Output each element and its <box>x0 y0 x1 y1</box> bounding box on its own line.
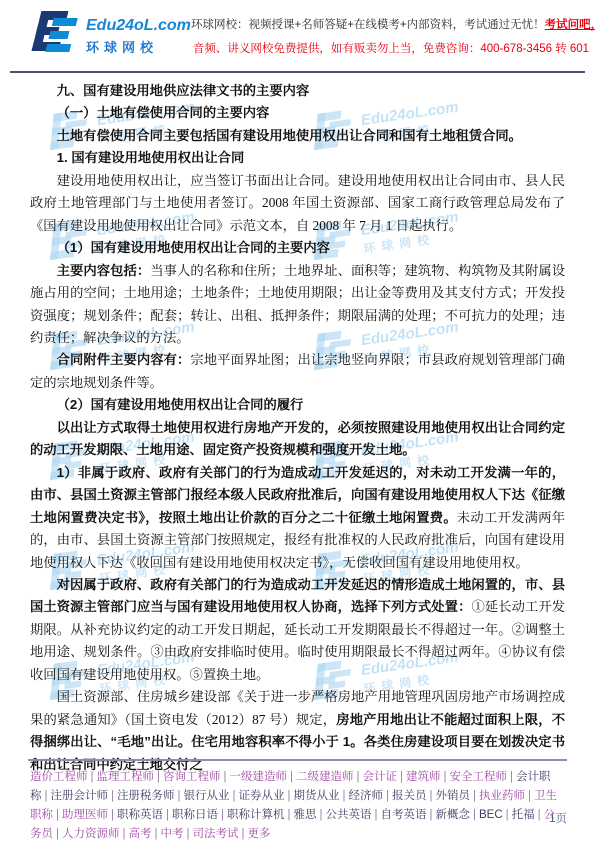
link-separator: | <box>187 828 190 840</box>
paragraph: 1. 国有建设用地使用权出让合同 <box>30 147 565 169</box>
footer-link[interactable]: 托福 <box>512 809 535 821</box>
link-separator: | <box>430 809 433 821</box>
link-separator: | <box>91 771 94 783</box>
link-separator: | <box>224 771 227 783</box>
logo-brand: Edu24oL.com <box>86 17 191 35</box>
footer-link[interactable]: 监理工程师 <box>97 771 155 783</box>
logo-brand-cn: 环球网校 <box>86 37 191 56</box>
footer-link[interactable]: 雅思 <box>294 809 317 821</box>
footer-link[interactable]: 人力资源师 <box>62 828 120 840</box>
paragraph: （1）国有建设用地使用权出让合同的主要内容 <box>30 237 565 259</box>
bold-text-run: 合同附件主要内容有： <box>57 352 191 367</box>
header-divider <box>10 71 585 73</box>
paragraph: 以出让方式取得土地使用权进行房地产开发的，必须按照建设用地使用权出让合同约定的动… <box>30 417 565 462</box>
paragraph: （一）土地有偿使用合同的主要内容 <box>30 102 565 124</box>
footer-link[interactable]: 建筑师 <box>406 771 441 783</box>
link-separator: | <box>343 790 346 802</box>
footer-link[interactable]: 期货从业 <box>294 790 340 802</box>
document-body: 九、国有建设用地供应法律文书的主要内容（一）土地有偿使用合同的主要内容土地有偿使… <box>30 80 565 776</box>
footer-link[interactable]: 一级建造师 <box>230 771 288 783</box>
link-separator: | <box>56 828 59 840</box>
link-separator: | <box>538 809 541 821</box>
link-separator: | <box>528 790 531 802</box>
footer-link[interactable]: 自考英语 <box>381 809 427 821</box>
link-separator: | <box>510 771 513 783</box>
footer-link[interactable]: 注册税务师 <box>117 790 175 802</box>
link-separator: | <box>155 828 158 840</box>
footer-link[interactable]: 中考 <box>161 828 184 840</box>
link-separator: | <box>375 809 378 821</box>
footer-link[interactable]: 执业药师 <box>479 790 525 802</box>
link-separator: | <box>56 809 59 821</box>
footer-link[interactable]: 证券从业 <box>239 790 285 802</box>
slogan-text: 环球网校：视频授课+名师答疑+在线模考+内部资料，考试通过无忧！ <box>191 19 545 31</box>
footer-link[interactable]: 公共英语 <box>326 809 372 821</box>
paragraph: 土地有偿使用合同主要包括国有建设用地使用权出让合同和国有土地租赁合同。 <box>30 125 565 147</box>
link-separator: | <box>288 790 291 802</box>
header-slogan: 环球网校：视频授课+名师答疑+在线模考+内部资料，考试通过无忧！考试问吧，有问必… <box>191 16 591 56</box>
footer-divider <box>28 759 567 761</box>
footer-link[interactable]: 新概念 <box>436 809 471 821</box>
footer-link[interactable]: BEC <box>479 809 503 821</box>
bold-text-run: （2）国有建设用地使用权出让合同的履行 <box>57 397 304 412</box>
link-separator: | <box>357 771 360 783</box>
bold-text-run: 主要内容包括： <box>57 263 151 278</box>
footer-link[interactable]: 咨询工程师 <box>163 771 221 783</box>
link-separator: | <box>233 790 236 802</box>
footer-link[interactable]: 报关员 <box>392 790 427 802</box>
footer-links: 造价工程师|监理工程师|咨询工程师|一级建造师|二级建造师|会计证|建筑师|安全… <box>30 768 565 842</box>
link-separator: | <box>111 809 114 821</box>
paragraph: 主要内容包括：当事人的名称和住所；土地界址、面积等；建筑物、构筑物及其附属设施占… <box>30 260 565 350</box>
footer-link[interactable]: 职称英语 <box>117 809 163 821</box>
link-separator: | <box>473 809 476 821</box>
bold-text-run: 土地有偿使用合同主要包括国有建设用地使用权出让合同和国有土地租赁合同。 <box>57 128 522 143</box>
link-separator: | <box>123 828 126 840</box>
page-number: 1页 <box>549 810 567 826</box>
header: Edu24oL.com 环球网校 环球网校：视频授课+名师答疑+在线模考+内部资… <box>28 6 585 68</box>
footer-link[interactable]: 更多 <box>248 828 271 840</box>
header-slogan-line1: 环球网校：视频授课+名师答疑+在线模考+内部资料，考试通过无忧！考试问吧，有问必… <box>191 16 591 32</box>
footer-link[interactable]: 司法考试 <box>193 828 239 840</box>
link-separator: | <box>473 790 476 802</box>
link-separator: | <box>178 790 181 802</box>
link-separator: | <box>111 790 114 802</box>
link-separator: | <box>45 790 48 802</box>
footer-link[interactable]: 注册会计师 <box>51 790 109 802</box>
paragraph: 对因属于政府、政府有关部门的行为造成动工开发延迟的情形造成土地闲置的，市、县国土… <box>30 574 565 686</box>
text-run: 建设用地使用权出让，应当签订书面出让合同。建设用地使用权出让合同由市、县人民政府… <box>30 173 565 233</box>
paragraph: 建设用地使用权出让，应当签订书面出让合同。建设用地使用权出让合同由市、县人民政府… <box>30 170 565 237</box>
link-separator: | <box>166 809 169 821</box>
edu24ol-logo: Edu24oL.com 环球网校 <box>28 9 188 65</box>
footer-link[interactable]: 外销员 <box>436 790 471 802</box>
link-separator: | <box>386 790 389 802</box>
link-separator: | <box>430 790 433 802</box>
link-separator: | <box>320 809 323 821</box>
footer-link[interactable]: 安全工程师 <box>450 771 508 783</box>
footer-link[interactable]: 职称日语 <box>172 809 218 821</box>
link-separator: | <box>444 771 447 783</box>
footer-link[interactable]: 二级建造师 <box>296 771 354 783</box>
paragraph: 合同附件主要内容有：宗地平面界址图；出让宗地竖向界限；市县政府规划管理部门确定的… <box>30 349 565 394</box>
link-separator: | <box>290 771 293 783</box>
footer-link[interactable]: 职称计算机 <box>227 809 285 821</box>
edu24ol-logo-icon <box>28 48 84 65</box>
link-separator: | <box>242 828 245 840</box>
bold-text-run: 1. 国有建设用地使用权出让合同 <box>57 150 245 165</box>
link-separator: | <box>157 771 160 783</box>
footer-link[interactable]: 造价工程师 <box>30 771 88 783</box>
paragraph: 国土资源部、住房城乡建设部《关于进一步严格房地产用地管理巩固房地产市场调控成果的… <box>30 686 565 776</box>
logo-text: Edu24oL.com 环球网校 <box>86 17 191 56</box>
footer-link[interactable]: 高考 <box>129 828 152 840</box>
paragraph: （2）国有建设用地使用权出让合同的履行 <box>30 394 565 416</box>
link-separator: | <box>221 809 224 821</box>
footer-link[interactable]: 会计证 <box>363 771 398 783</box>
bold-text-run: 以出让方式取得土地使用权进行房地产开发的，必须按照建设用地使用权出让合同约定的动… <box>30 420 565 457</box>
bold-text-run: 九、国有建设用地供应法律文书的主要内容 <box>57 83 310 98</box>
document-page: Edu24oL.com环球网校Edu24oL.com环球网校Edu24oL.co… <box>0 0 595 842</box>
bold-text-run: （1）国有建设用地使用权出让合同的主要内容 <box>57 240 330 255</box>
paragraph: 1）非属于政府、政府有关部门的行为造成动工开发延迟的，对未动工开发满一年的，由市… <box>30 462 565 574</box>
link-separator: | <box>288 809 291 821</box>
header-hotline-line: 音频、讲义网校免费提供，如有贩卖勿上当，免费咨询：400-678-3456 转 … <box>191 40 591 56</box>
bold-text-run: （一）土地有偿使用合同的主要内容 <box>57 105 270 120</box>
exam-qa-link[interactable]: 考试问吧，有问必答 <box>545 19 595 31</box>
link-separator: | <box>400 771 403 783</box>
link-separator: | <box>506 809 509 821</box>
footer-link[interactable]: 经济师 <box>349 790 384 802</box>
footer-link[interactable]: 助理医师 <box>62 809 108 821</box>
footer-link[interactable]: 银行从业 <box>184 790 230 802</box>
paragraph: 九、国有建设用地供应法律文书的主要内容 <box>30 80 565 102</box>
